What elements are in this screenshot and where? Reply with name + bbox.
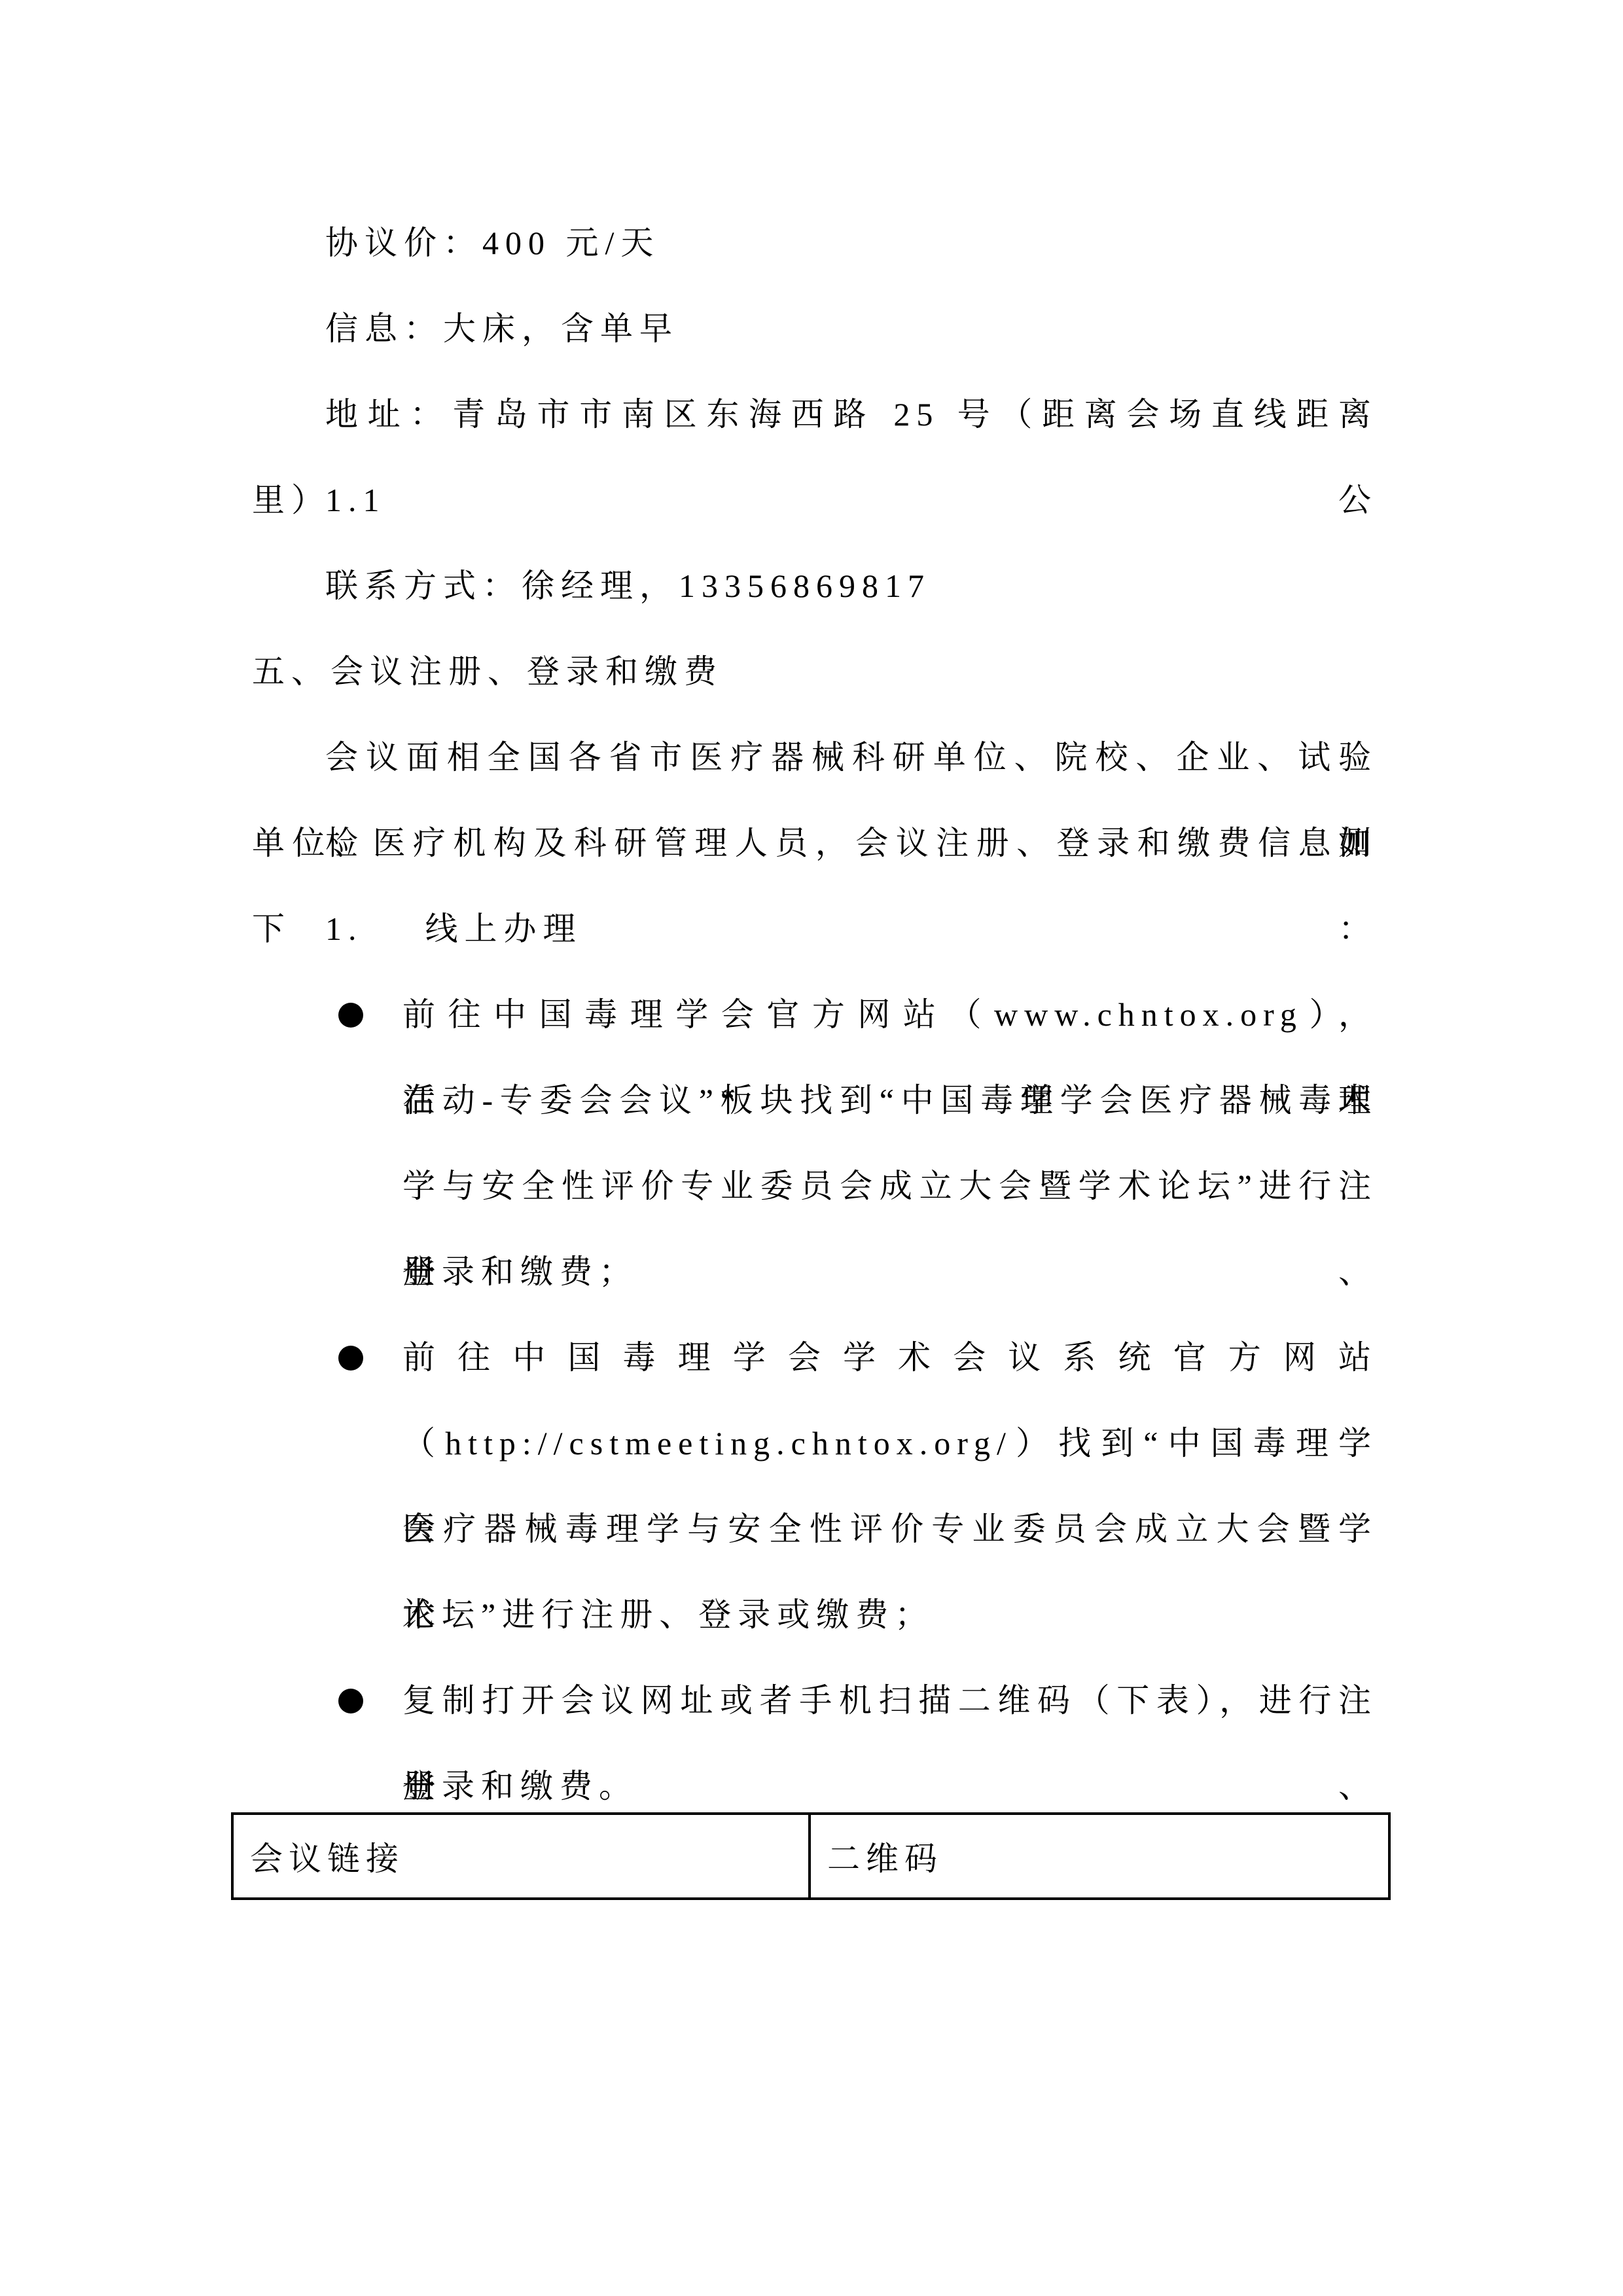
bullet-icon: [338, 1003, 363, 1028]
price-line: 协议价：400 元/天: [252, 200, 1378, 286]
bullet-line: 复制打开会议网址或者手机扫描二维码（下表），进行注册、: [402, 1658, 1378, 1744]
bullet-line: 活动-专委会会议”板块找到“中国毒理学会医疗器械毒理: [402, 1058, 1378, 1143]
info-line: 信息：大床，含单早: [252, 286, 1378, 372]
table-cell-meeting-link: 会议链接: [234, 1815, 811, 1897]
table-cell-qr-code: 二维码: [811, 1815, 1388, 1897]
bullet-line: 论坛”进行注册、登录或缴费；: [402, 1572, 1378, 1658]
bullet-item-qr-scan: 复制打开会议网址或者手机扫描二维码（下表），进行注册、 登录和缴费。: [252, 1658, 1378, 1829]
registration-table: 会议链接 二维码: [231, 1812, 1391, 1900]
bullet-line: 医疗器械毒理学与安全性评价专业委员会成立大会暨学术: [402, 1486, 1378, 1572]
bullet-line: 前往中国毒理学会官方网站（www.chntox.org），在“学术: [402, 972, 1378, 1058]
bullet-item-official-site: 前往中国毒理学会官方网站（www.chntox.org），在“学术 活动-专委会…: [252, 972, 1378, 1315]
section5-heading: 五、会议注册、登录和缴费: [252, 629, 1378, 715]
intro-line-2: 单位、医疗机构及科研管理人员，会议注册、登录和缴费信息如下：: [252, 800, 1378, 886]
contact-line: 联系方式：徐经理，13356869817: [252, 543, 1378, 629]
bullet-line: （http://cstmeeting.chntox.org/）找到“中国毒理学会: [402, 1401, 1378, 1486]
numbered-item-number: 1.: [325, 910, 363, 947]
numbered-item-label: 线上办理: [425, 910, 582, 947]
address-line-1: 地址：青岛市市南区东海西路 25 号（距离会场直线距离 1.1 公: [252, 372, 1378, 457]
bullet-item-meeting-system: 前往中国毒理学会学术会议系统官方网站 （http://cstmeeting.ch…: [252, 1315, 1378, 1658]
bullet-icon: [338, 1346, 363, 1371]
intro-line-1: 会议面相全国各省市医疗器械科研单位、院校、企业、试验检测: [252, 715, 1378, 800]
bullet-line: 学与安全性评价专业委员会成立大会暨学术论坛”进行注册、: [402, 1143, 1378, 1229]
document-body: 协议价：400 元/天 信息：大床，含单早 地址：青岛市市南区东海西路 25 号…: [252, 200, 1378, 1829]
document-page: 协议价：400 元/天 信息：大床，含单早 地址：青岛市市南区东海西路 25 号…: [0, 0, 1623, 2296]
bullet-icon: [338, 1689, 363, 1713]
meeting-link-header: 会议链接: [250, 1833, 404, 1880]
qr-code-header: 二维码: [827, 1833, 943, 1880]
bullet-line: 前往中国毒理学会学术会议系统官方网站: [402, 1315, 1378, 1401]
